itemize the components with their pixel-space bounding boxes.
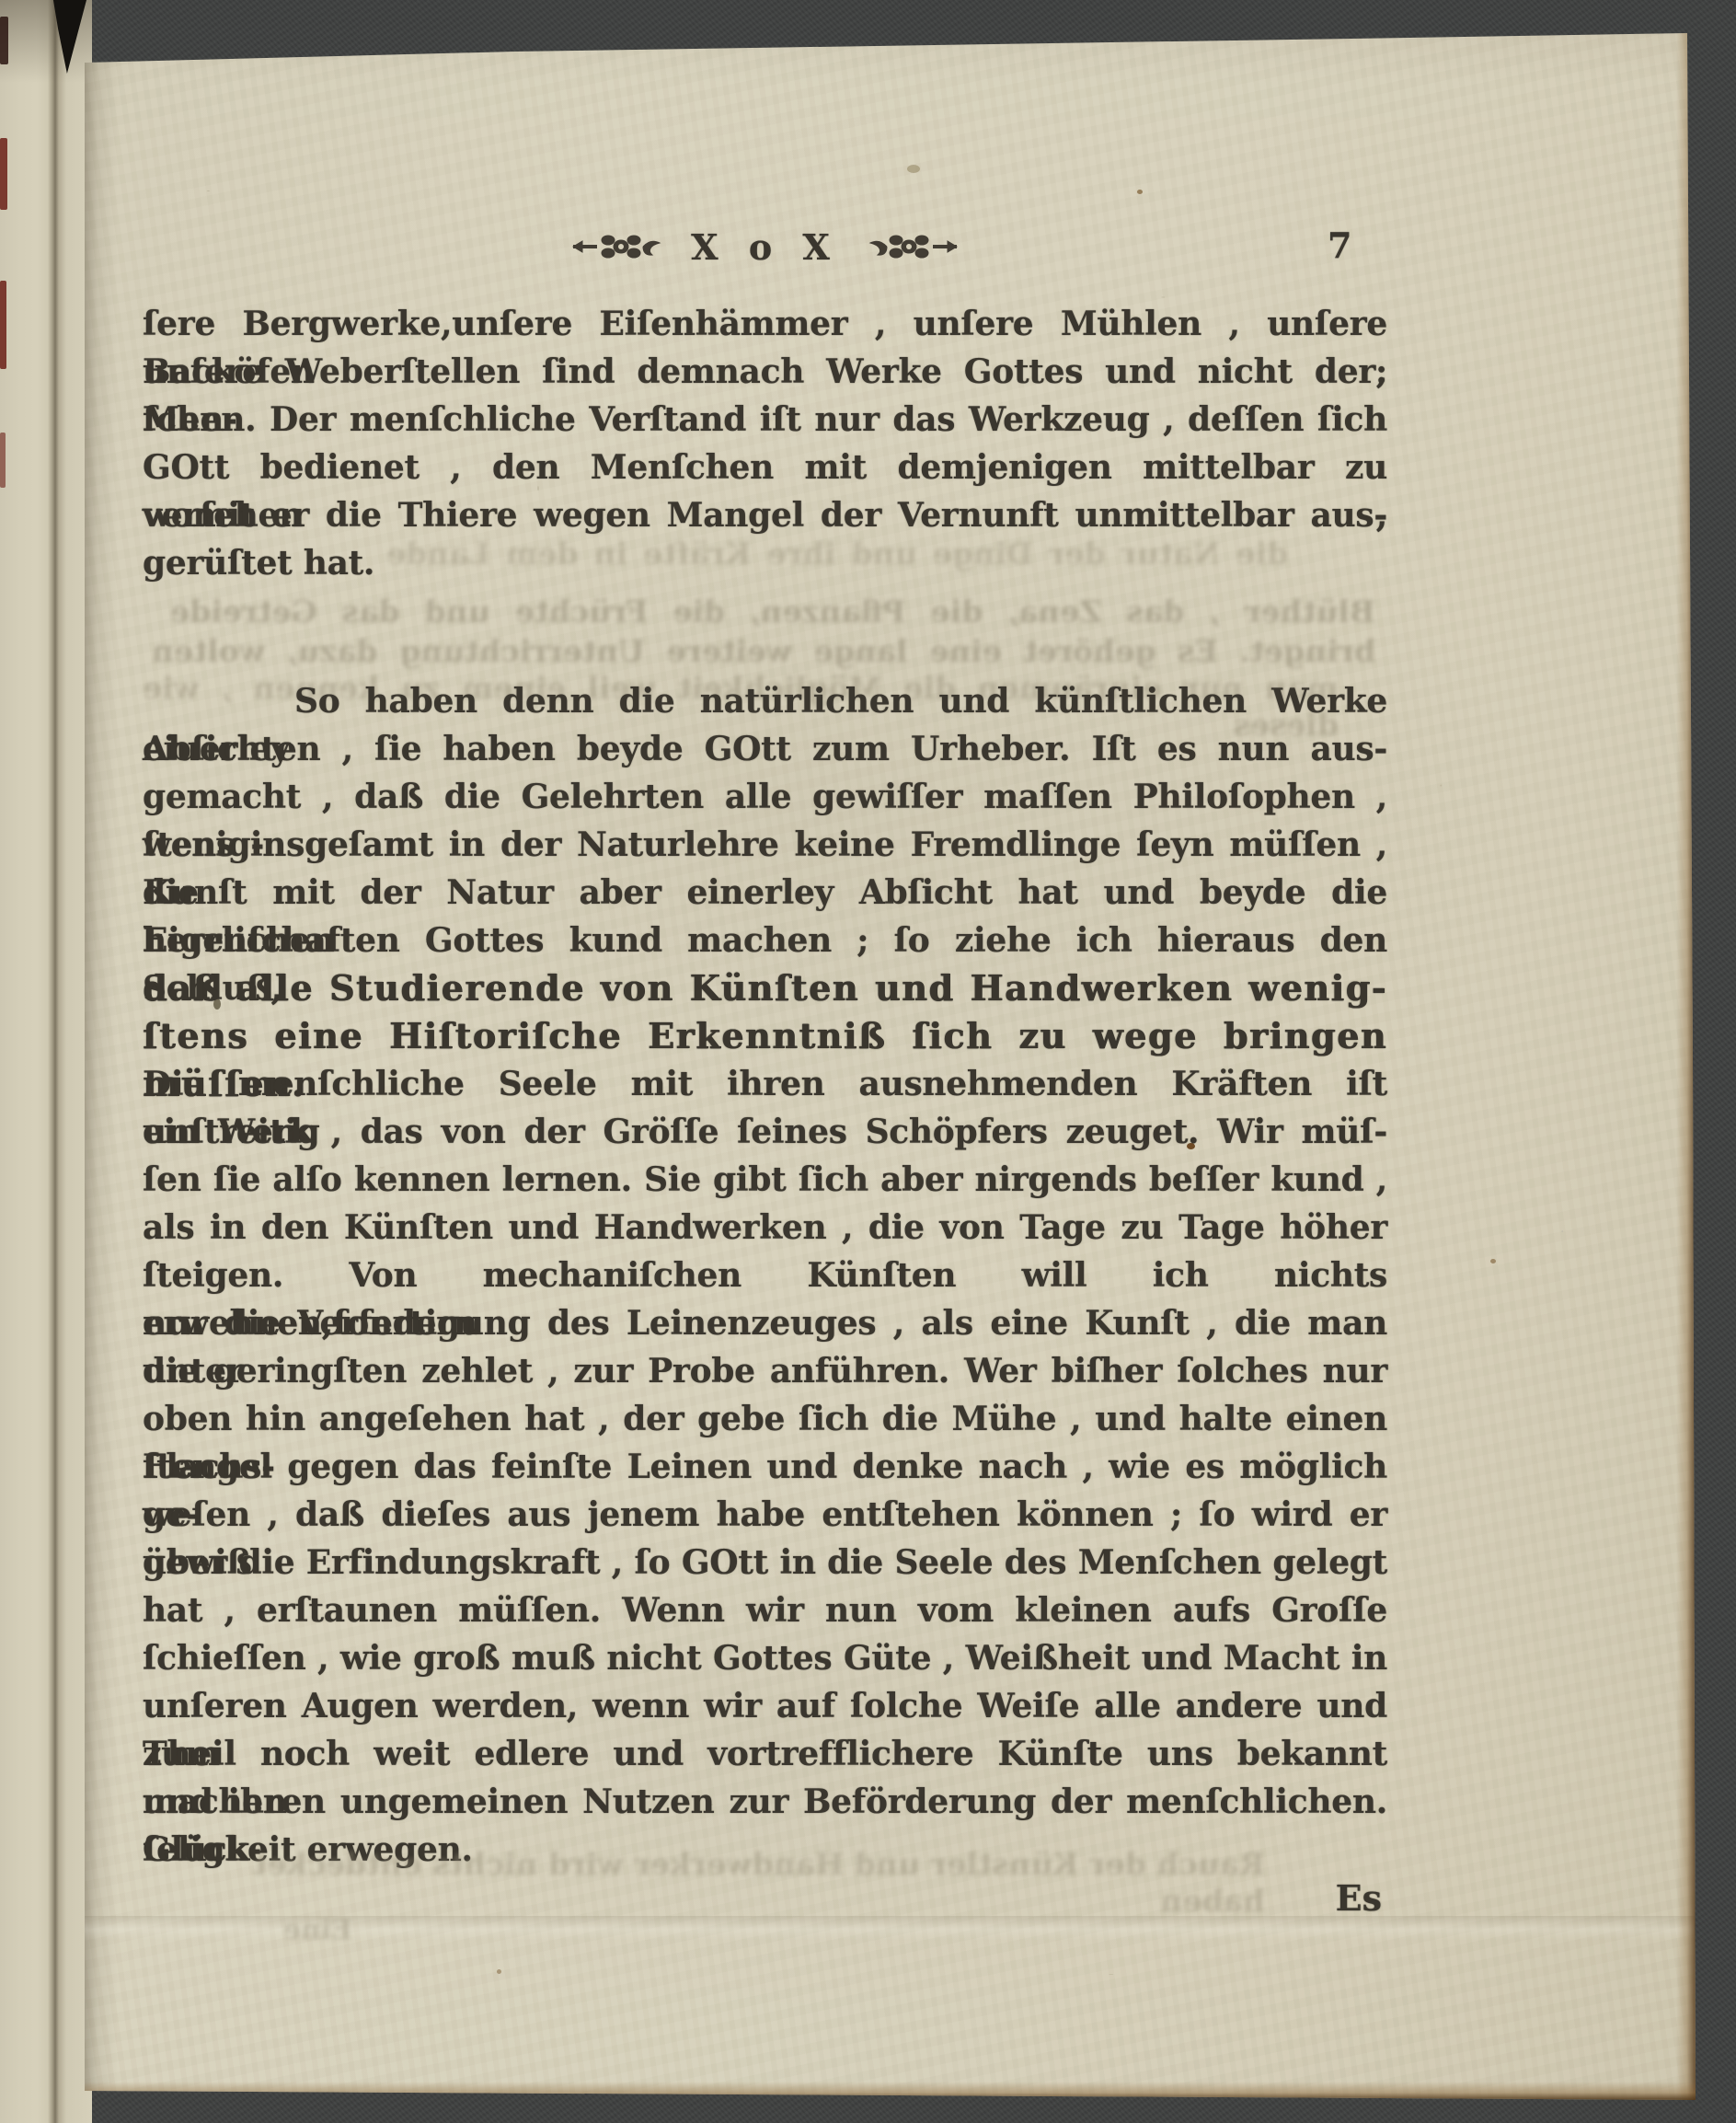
text-line: die geringſten zehlet , zur Probe anführ… xyxy=(143,1347,1387,1395)
book-page: X o X 7 ſere Bergwerke,unſere Eiſenhämme… xyxy=(0,0,1736,2123)
paragraph: ſere Bergwerke,unſere Eiſenhämmer , unſe… xyxy=(143,300,1387,587)
text-line: Kunſt mit der Natur aber einerley Abſich… xyxy=(143,869,1387,917)
spine-mark xyxy=(0,433,6,488)
catchword: Es xyxy=(1336,1877,1382,1919)
text-line: gemacht , daß die Gelehrten alle gewiſſe… xyxy=(143,773,1387,821)
spine-mark xyxy=(0,17,8,64)
page-stack-left-edge xyxy=(0,0,92,2123)
gutter-shadow xyxy=(81,55,118,2094)
text-line: nur die Verfertigung des Leinenzeuges , … xyxy=(143,1299,1387,1347)
text-block: X o X 7 ſere Bergwerke,unſere Eiſenhämme… xyxy=(143,0,1387,2123)
text-line: Eigenſchaften Gottes kund machen ; ſo zi… xyxy=(143,917,1387,964)
page-header: X o X xyxy=(143,225,1387,269)
header-title: X o X xyxy=(691,226,839,268)
text-line: weſen , daß dieſes aus jenem habe entſte… xyxy=(143,1491,1387,1539)
text-line: ſchieſſen , wie groß muß nicht Gottes Gü… xyxy=(143,1634,1387,1682)
text-line: ſen ſie alſo kennen lernen. Sie gibt ſic… xyxy=(143,1156,1387,1204)
page-number: 7 xyxy=(1328,225,1351,266)
text-line: ein Werk , das von der Gröſſe ſeines Sch… xyxy=(143,1108,1387,1156)
spine-mark xyxy=(0,138,7,210)
text-line: und ihren ungemeinen Nutzen zur Beförder… xyxy=(143,1778,1387,1826)
text-line: unſere Weberſtellen ſind demnach Werke G… xyxy=(143,348,1387,396)
text-line: als in den Künſten und Handwerken , die … xyxy=(143,1204,1387,1252)
text-line: über die Erfindungskraft , ſo GOtt in di… xyxy=(143,1539,1387,1586)
text-line: unſeren Augen werden, wenn wir auf ſolch… xyxy=(143,1682,1387,1730)
text-line: hat , erſtaunen müſſen. Wenn wir nun vom… xyxy=(143,1586,1387,1634)
text-line: Abſichten , ſie haben beyde GOtt zum Urh… xyxy=(143,725,1387,773)
paragraph: So haben denn die natürlichen und künſtl… xyxy=(143,677,1387,1874)
fleuron-ornament-icon xyxy=(571,233,663,260)
text-line: gerüſtet hat. xyxy=(143,539,1387,587)
text-line: ſeligkeit erwegen. xyxy=(143,1826,1387,1874)
fleuron-ornament-icon xyxy=(867,233,959,260)
show-through-line: Eine xyxy=(150,1912,352,1949)
text-line: daß alle Studierende von Künſten und Han… xyxy=(143,964,1387,1012)
show-through-line: Blüther , das Zena, die Pflanzen, die Fr… xyxy=(170,594,1375,630)
text-line: ſtens insgeſamt in der Naturlehre keine … xyxy=(143,821,1387,869)
text-line: womit er die Thiere wegen Mangel der Ver… xyxy=(143,491,1387,539)
text-line: Die menſchliche Seele mit ihren ausnehme… xyxy=(143,1060,1387,1108)
text-line: ſteigen. Von mechaniſchen Künſten will i… xyxy=(143,1252,1387,1299)
text-line: Theil noch weit edlere und vortreffliche… xyxy=(143,1730,1387,1778)
text-line: ſchen. Der menſchliche Verſtand iſt nur … xyxy=(143,396,1387,444)
text-line: So haben denn die natürlichen und künſtl… xyxy=(143,677,1387,725)
text-line: GOtt bedienet , den Menſchen mit demjeni… xyxy=(143,444,1387,491)
spine-mark xyxy=(0,281,6,369)
text-line: ſtens eine Hiſtoriſche Erkenntniß ſich z… xyxy=(143,1012,1387,1060)
text-line: oben hin angeſehen hat , der gebe ſich d… xyxy=(143,1395,1387,1443)
text-line: ſtengel gegen das feinſte Leinen und den… xyxy=(143,1443,1387,1491)
show-through-line: bringet. Es gehöret eine lange weitere U… xyxy=(152,633,1375,670)
paper-speck xyxy=(1490,1259,1496,1263)
text-line: ſere Bergwerke,unſere Eiſenhämmer , unſe… xyxy=(143,300,1387,348)
